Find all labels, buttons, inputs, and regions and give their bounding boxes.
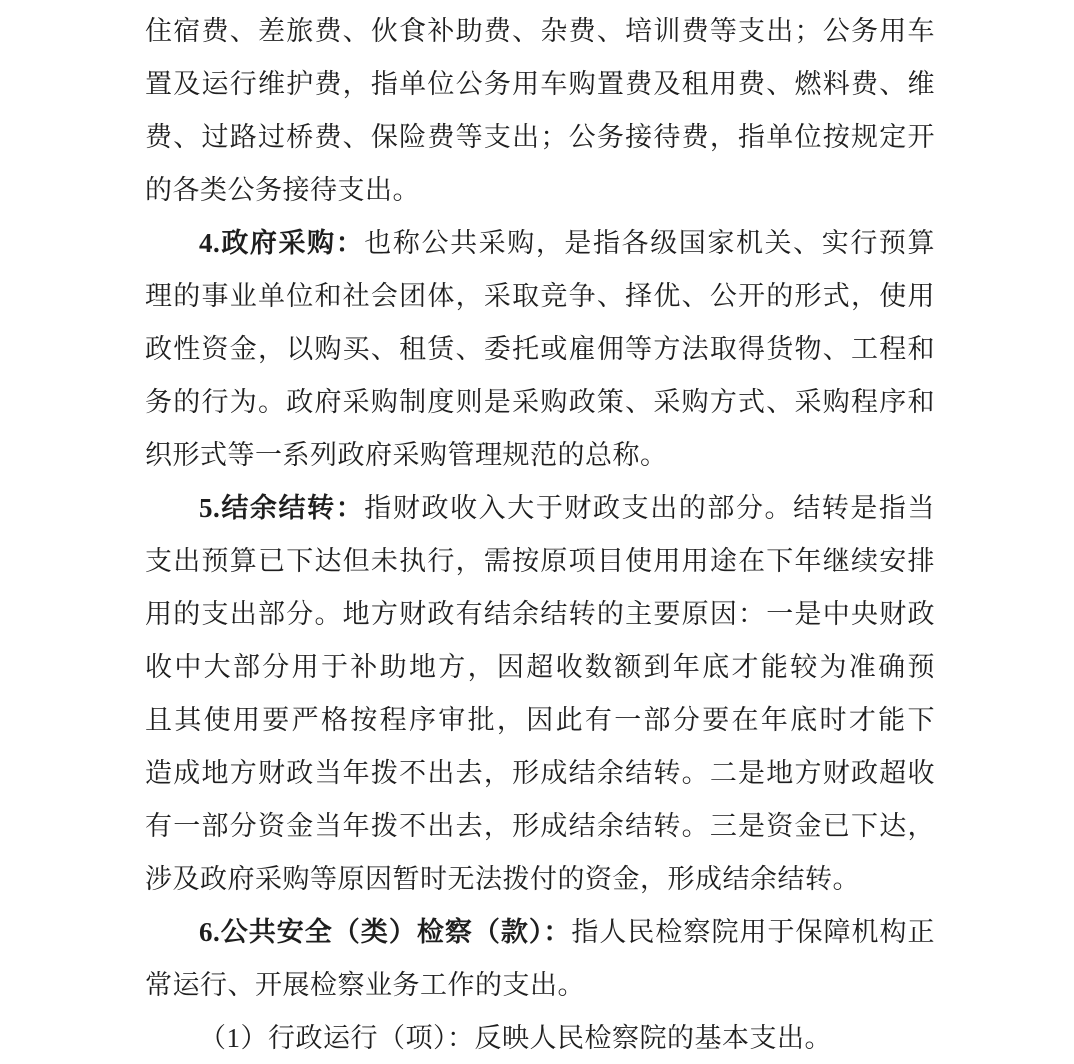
text-line: 务的行为。政府采购制度则是采购政策、采购方式、采购程序和组	[145, 376, 935, 429]
text-line: 且其使用要严格按程序审批，因此有一部分要在年底时才能下达，	[145, 694, 935, 747]
text-line: 涉及政府采购等原因暂时无法拨付的资金，形成结余结转。	[145, 853, 935, 906]
text-line: 织形式等一系列政府采购管理规范的总称。	[145, 429, 935, 482]
text-line: 收中大部分用于补助地方，因超收数额到年底才能较为准确预计，	[145, 641, 935, 694]
paragraph-daily-public-expense: 住宿费、差旅费、伙食补助费、杂费、培训费等支出；公务用车购 置及运行维护费，指单…	[145, 5, 935, 217]
text-line: 支出预算已下达但未执行，需按原项目使用用途在下年继续安排使	[145, 535, 935, 588]
paragraph-term-public-security-procuratorial: 6.公共安全（类）检察（款）：指人民检察院用于保障机构正 常运行、开展检察业务工…	[145, 906, 935, 1012]
text-line: 6.公共安全（类）检察（款）：指人民检察院用于保障机构正	[145, 906, 935, 959]
text-line: 常运行、开展检察业务工作的支出。	[145, 959, 935, 1012]
text-line: 5.结余结转：指财政收入大于财政支出的部分。结转是指当年	[145, 482, 935, 535]
term-heading-government-procurement: 4.政府采购：	[199, 228, 364, 258]
text-line: 住宿费、差旅费、伙食补助费、杂费、培训费等支出；公务用车购	[145, 5, 935, 58]
text-line: 费、过路过桥费、保险费等支出；公务接待费，指单位按规定开支	[145, 111, 935, 164]
paragraph-term-government-procurement: 4.政府采购：也称公共采购，是指各级国家机关、实行预算管 理的事业单位和社会团体…	[145, 217, 935, 482]
text-line: 有一部分资金当年拨不出去，形成结余结转。三是资金已下达，因	[145, 800, 935, 853]
term-heading-public-security-procuratorial: 6.公共安全（类）检察（款）：	[199, 917, 571, 947]
text-line: 4.政府采购：也称公共采购，是指各级国家机关、实行预算管	[145, 217, 935, 270]
text-line: （1）行政运行（项）：反映人民检察院的基本支出。	[145, 1012, 935, 1064]
paragraph-term-surplus-carryover: 5.结余结转：指财政收入大于财政支出的部分。结转是指当年 支出预算已下达但未执行…	[145, 482, 935, 906]
text-line: 理的事业单位和社会团体，采取竞争、择优、公开的形式，使用财	[145, 270, 935, 323]
text-line: 置及运行维护费，指单位公务用车购置费及租用费、燃料费、维修	[145, 58, 935, 111]
term-definition-text: 指人民检察院用于保障机构正	[571, 917, 935, 947]
document-page: 住宿费、差旅费、伙食补助费、杂费、培训费等支出；公务用车购 置及运行维护费，指单…	[0, 0, 1074, 1064]
paragraph-item-administrative-operation: （1）行政运行（项）：反映人民检察院的基本支出。	[145, 1012, 935, 1064]
term-heading-surplus-carryover: 5.结余结转：	[199, 493, 364, 523]
text-line: 政性资金，以购买、租赁、委托或雇佣等方法取得货物、工程和服	[145, 323, 935, 376]
document-text-block: 住宿费、差旅费、伙食补助费、杂费、培训费等支出；公务用车购 置及运行维护费，指单…	[145, 5, 935, 1064]
text-line: 用的支出部分。地方财政有结余结转的主要原因：一是中央财政超	[145, 588, 935, 641]
text-line: 的各类公务接待支出。	[145, 164, 935, 217]
text-line: 造成地方财政当年拨不出去，形成结余结转。二是地方财政超收中	[145, 747, 935, 800]
